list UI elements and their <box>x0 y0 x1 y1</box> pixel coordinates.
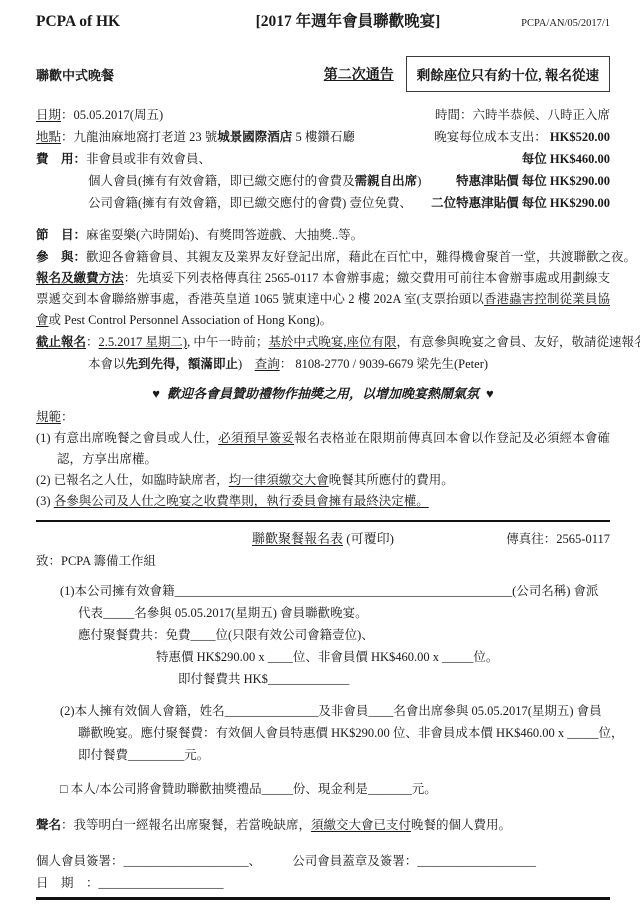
document-header: PCPA of HK [2017 年週年會員聯歡晚宴] PCPA/AN/05/2… <box>36 12 610 34</box>
notice-label: 第二次通告 <box>324 64 394 84</box>
fee-line-corporate: 公司會籍(擁有有效會籍，即已繳交應付的會費) 壹位免費、 二位特惠津貼價 每位 … <box>36 192 610 214</box>
heart-icon: ♥ <box>486 386 494 401</box>
addressee-line: 致：PCPA 籌備工作組 <box>36 550 610 572</box>
details-section: 節 目：麻雀耍樂(六時開始)、有獎問答遊戲、大抽獎..等。 參 與：歡迎各會籍會… <box>36 224 610 375</box>
individual-registration-section: (2)本人擁有效個人會籍，姓名_______________及非會員____名會… <box>36 700 610 766</box>
enquiry-line: 本會以先到先得，額滿即止) 查詢： 8108-2770 / 9039-6679 … <box>36 353 610 375</box>
rule-item-2: (2) 已報名之人仕，如臨時缺席者，均一律須繳交大會晚餐其所應付的費用。 <box>36 470 610 491</box>
subheader-row: 聯歡中式晚餐 第二次通告 剩餘座位只有約十位, 報名從速 <box>36 56 610 92</box>
doc-ref: PCPA/AN/05/2017/1 <box>485 14 610 34</box>
fee-corporate-price: 二位特惠津貼價 每位 HK$290.00 <box>431 192 610 214</box>
checkbox-icon: □ <box>60 782 68 796</box>
fee-nonmember-price: 每位 HK$460.00 <box>522 148 610 170</box>
signature-date-line: 日 期 ：____________________ <box>36 872 610 894</box>
declaration-line: 聲名：我等明白一經報名出席聚餐，若當晚缺席，須繳交大會已支付晚餐的個人費用。 <box>36 814 610 836</box>
sponsor-checkbox-line: □ 本人/本公司將會贊助聯歡抽獎禮品_____份、現金利是_______元。 <box>36 778 610 800</box>
individual-section-line-3: 即付餐費_________元。 <box>60 744 610 766</box>
fee-line-nonmember: 費 用：非會員或非有效會員、 每位 HK$460.00 <box>36 148 610 170</box>
time-value: 時間：六時半恭候、八時正入席 <box>435 104 610 126</box>
meal-type-label: 聯歡中式晚餐 <box>36 65 114 84</box>
sponsor-banner: ♥歡迎各會員贊助禮物作抽獎之用，以增加晚宴熱鬧氣氛♥ <box>36 383 610 405</box>
program-line: 節 目：麻雀耍樂(六時開始)、有獎問答遊戲、大抽獎..等。 <box>36 224 610 246</box>
date-line: 日期：05.05.2017(周五) 時間：六時半恭候、八時正入席 <box>36 104 610 126</box>
company-section-line-5: 即付餐費共 HK$_____________ <box>60 668 610 690</box>
venue-line: 地點：九龍油麻地窩打老道 23 號城景國際酒店 5 樓鑽石廳 晚宴每位成本支出：… <box>36 126 610 148</box>
participation-line: 參 與：歡迎各會籍會員、其親友及業界友好登記出席，藉此在百忙中，難得機會聚首一堂… <box>36 246 610 268</box>
fee-individual-label: 個人會員(擁有有效會籍，即已繳交應付的會費及需親自出席) <box>88 170 421 192</box>
event-info-section: 日期：05.05.2017(周五) 時間：六時半恭候、八時正入席 地點：九龍油麻… <box>36 104 610 214</box>
deadline-line: 截止報名：2.5.2017 星期二), 中午一時前；基於中式晚宴,座位有限，有意… <box>36 331 610 353</box>
rule-item-1: (1) 有意出席晚餐之會員或人仕，必須預早簽妥報名表格並在限期前傳真回本會以作登… <box>36 428 610 470</box>
company-section-line-1: (1)本公司擁有效會籍_____________________________… <box>60 580 610 602</box>
heart-icon: ♥ <box>152 386 160 401</box>
rules-section: 規範： (1) 有意出席晚餐之會員或人仕，必須預早簽妥報名表格並在限期前傳真回本… <box>36 407 610 512</box>
date-value: 日期：05.05.2017(周五) <box>36 104 163 126</box>
fee-nonmember-label: 費 用：非會員或非有效會員、 <box>36 148 211 170</box>
seats-alert-box: 剩餘座位只有約十位, 報名從速 <box>406 56 610 92</box>
section-divider <box>36 520 610 522</box>
company-section-line-2: 代表_____名參與 05.05.2017(星期五) 會員聯歡晚宴。 <box>60 602 610 624</box>
sponsor-banner-text: 歡迎各會員贊助禮物作抽獎之用，以增加晚宴熱鬧氣氛 <box>167 386 479 401</box>
signature-section: 個人會員簽署：____________________、 公司會員蓋章及簽署：_… <box>36 850 610 894</box>
fee-line-individual: 個人會員(擁有有效會籍，即已繳交應付的會費及需親自出席) 特惠津貼價 每位 HK… <box>36 170 610 192</box>
company-registration-section: (1)本公司擁有效會籍_____________________________… <box>36 580 610 690</box>
company-section-line-4: 特惠價 HK$290.00 x ____位、非會員價 HK$460.00 x _… <box>60 646 610 668</box>
individual-section-line-2: 聯歡晚宴。應付聚餐費：有效個人會員特惠價 HK$290.00 位、非會員成本價 … <box>60 722 610 744</box>
document-page: PCPA of HK [2017 年週年會員聯歡晚宴] PCPA/AN/05/2… <box>0 0 640 906</box>
venue-value: 地點：九龍油麻地窩打老道 23 號城景國際酒店 5 樓鑽石廳 <box>36 126 355 148</box>
rule-item-3: (3) 各參與公司及人仕之晚宴之收費準則，執行委員會擁有最終決定權。 <box>36 491 610 512</box>
signature-line: 個人會員簽署：____________________、 公司會員蓋章及簽署：_… <box>36 850 610 872</box>
fax-number: 傳真往：2565-0117 <box>506 528 610 550</box>
fee-individual-price: 特惠津貼價 每位 HK$290.00 <box>456 170 610 192</box>
company-section-line-3: 應付聚餐費共：免費____位(只限有效公司會籍壹位)、 <box>60 624 610 646</box>
individual-section-line-1: (2)本人擁有效個人會籍，姓名_______________及非會員____名會… <box>60 700 610 722</box>
doc-title: [2017 年週年會員聯歡晚宴] <box>211 12 485 32</box>
fee-corporate-label: 公司會籍(擁有有效會籍，即已繳交應付的會費) 壹位免費、 <box>88 192 412 214</box>
form-title-row: 聯歡聚餐報名表 (可覆印) 傳真往：2565-0117 <box>36 528 610 550</box>
org-name: PCPA of HK <box>36 12 211 32</box>
sponsor-line-text: 本人/本公司將會贊助聯歡抽獎禮品_____份、現金利是_______元。 <box>68 782 437 796</box>
cost-value: 晚宴每位成本支出： HK$520.00 <box>434 126 610 148</box>
page-bottom-rule <box>36 897 610 900</box>
rules-heading: 規範： <box>36 407 610 428</box>
registration-method-paragraph: 報名及繳費方法：先填妥下列表格傳真往 2565-0117 本會辦事處；繳交費用可… <box>36 268 610 331</box>
